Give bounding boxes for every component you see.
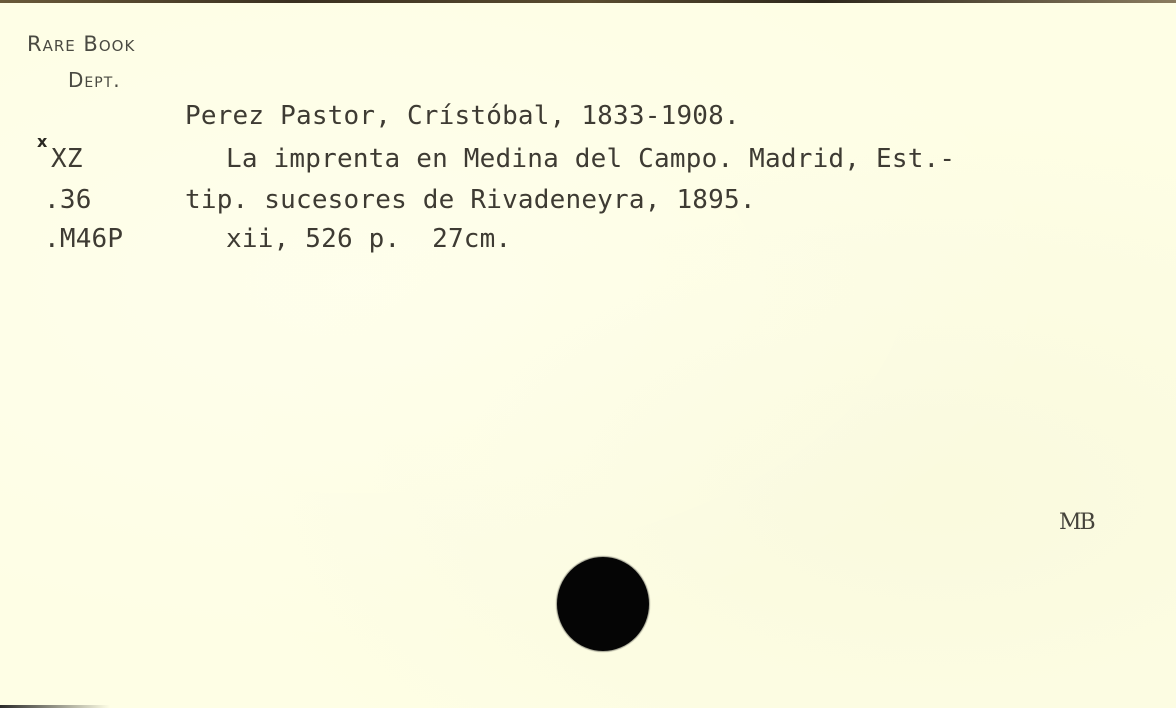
punch-hole <box>557 557 649 651</box>
call-number-mark: x <box>37 134 47 150</box>
call-number-line-1: XZ <box>51 146 83 172</box>
department-stamp-line2: Dept. <box>68 70 121 90</box>
catalog-card: Rare Book Dept. x XZ .36 .M46P Perez Pas… <box>0 0 1176 708</box>
author-heading: Perez Pastor, Crístóbal, 1833-1908. <box>185 103 740 129</box>
imprint-line: tip. sucesores de Rivadeneyra, 1895. <box>185 187 756 213</box>
collation-line: xii, 526 p. 27cm. <box>226 226 511 252</box>
cataloger-initials: MB <box>1059 512 1094 534</box>
title-line: La imprenta en Medina del Campo. Madrid,… <box>226 146 955 172</box>
call-number-line-2: .36 <box>44 187 92 213</box>
call-number-line-3: .M46P <box>44 226 123 252</box>
department-stamp-line1: Rare Book <box>27 34 135 55</box>
card-top-edge <box>0 0 1176 3</box>
